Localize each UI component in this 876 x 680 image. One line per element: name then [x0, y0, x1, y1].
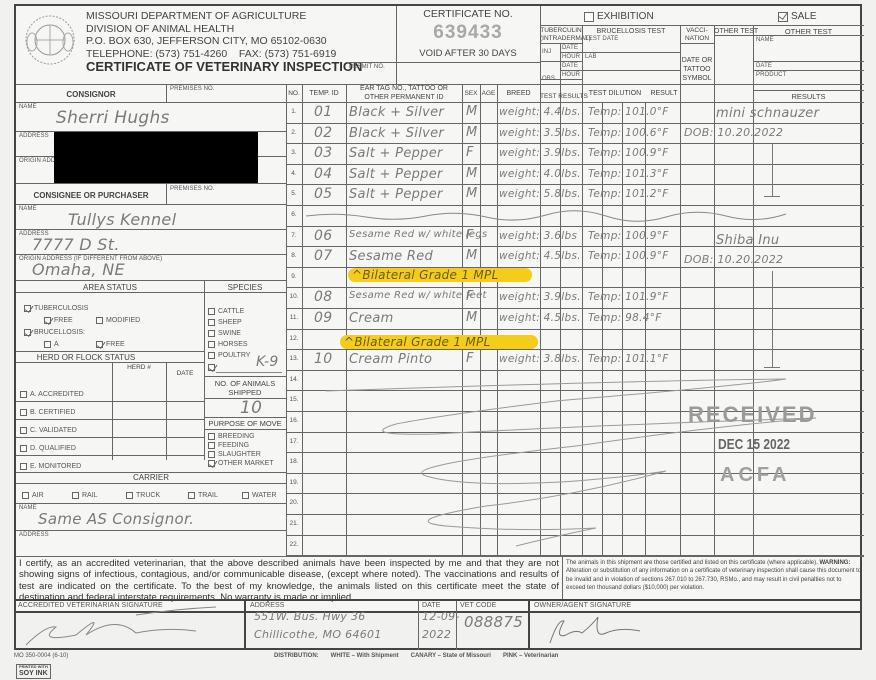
date-line2: 2022 [422, 628, 451, 641]
purpose-feeding[interactable]: FEEDING [208, 442, 249, 449]
row-number: 22. [286, 541, 302, 548]
ot-date-label: DATE [756, 63, 772, 69]
col-sex: SEX [462, 89, 480, 99]
species-horses[interactable]: HORSES [208, 341, 248, 348]
temp-cell: Temp: 100.9°F [588, 250, 669, 262]
row-number: 5. [286, 190, 302, 197]
consignee-name[interactable]: Tullys Kennel [68, 210, 176, 229]
sex-cell: F [466, 351, 474, 366]
agency-line3: P.O. BOX 630, JEFFERSON CITY, MO 65102-0… [86, 35, 362, 48]
temp-cell: Temp: 100.6°F [588, 127, 669, 139]
table-row: 3.03Salt + PepperFweight: 3.9lbs.Temp: 1… [286, 143, 864, 164]
result-label: RESULT [648, 89, 680, 99]
carrier-address-label: ADDRESS [19, 532, 49, 538]
date-line1: 12-09- [422, 610, 460, 623]
ot-name-label: NAME [756, 37, 774, 43]
checked-icon [208, 364, 215, 371]
permit-no-label: PERMIT NO. [349, 64, 385, 70]
row-number: 13. [286, 355, 302, 362]
weight-cell: weight: 3.9lbs. [499, 147, 581, 159]
col-age: AGE [480, 89, 497, 99]
distribution-info: DISTRIBUTION: WHITE – With Shipment CANA… [274, 653, 558, 659]
temp-id-cell: 06 [314, 228, 332, 244]
weight-cell: weight: 4.5lbs. [499, 250, 581, 262]
consignee-origin[interactable]: Omaha, NE [32, 260, 125, 279]
certification-statement: I certify, as an accredited veterinarian… [19, 558, 559, 604]
carrier-name-label: NAME [19, 505, 37, 511]
row-number: 1. [286, 108, 302, 115]
ear-tag-cell: Salt + Pepper [349, 187, 443, 202]
row-number: 19. [286, 479, 302, 486]
brucellosis-checkbox[interactable]: BRUCELLOSIS: [24, 329, 85, 336]
weight-cell: weight: 5.8lbs. [499, 188, 581, 200]
checkbox-icon [208, 319, 215, 326]
carrier-name[interactable]: Same AS Consignor. [38, 510, 194, 528]
ear-tag-cell: Black + Silver [349, 126, 444, 141]
row-number: 18. [286, 458, 302, 465]
ear-tag-cell: Black + Silver [349, 105, 444, 120]
breed-remark-1: mini schnauzer [716, 106, 819, 121]
temp-id-cell: 05 [314, 186, 332, 202]
temp-id-cell: 08 [314, 289, 332, 305]
breed-remark-2: Shiba Inu [716, 233, 779, 248]
test-dilution-label: TEST DILUTION [582, 89, 648, 99]
table-row: 11.09CreamMweight: 4.5lbs.Temp: 98.4°F [286, 308, 864, 329]
owner-signature-label: OWNER/AGENT SIGNATURE [534, 602, 631, 609]
test-results-label: TEST RESULTS [540, 92, 582, 102]
row-number: 4. [286, 170, 302, 177]
sex-cell: M [466, 248, 478, 263]
checkbox-icon [584, 12, 594, 22]
temp-cell: Temp: 101.3°F [588, 168, 669, 180]
checkbox-icon [20, 391, 27, 398]
table-row: 22. [286, 535, 864, 556]
weight-cell: weight: 3.5lbs. [499, 127, 581, 139]
received-stamp: RECEIVED [688, 402, 816, 428]
distribution-pink: PINK – Veterinarian [503, 653, 558, 659]
checkbox-icon [208, 451, 215, 458]
checked-icon [44, 317, 51, 324]
purpose-label: PURPOSE OF MOVE [204, 419, 286, 429]
animals-shipped-value[interactable]: 10 [240, 398, 262, 418]
checkbox-icon [20, 409, 27, 416]
row-number: 6. [286, 211, 302, 218]
consignee-name-label: NAME [19, 206, 37, 212]
distribution-white: WHITE – With Shipment [331, 653, 399, 659]
distribution-label: DISTRIBUTION: [274, 653, 319, 659]
ear-tag-cell: Cream Pinto [349, 352, 432, 367]
form-number: MO 350-0004 (6-10) [14, 653, 68, 659]
dob-remark-2: DOB: 10.20.2022 [684, 253, 783, 266]
inj-hour-label: HOUR [562, 54, 580, 60]
checkbox-icon [20, 463, 27, 470]
bru-free-checkbox[interactable]: FREE [96, 341, 125, 348]
checkbox-icon [208, 352, 215, 359]
tb-modified-checkbox[interactable]: MODIFIED [96, 317, 140, 324]
row-number: 20. [286, 499, 302, 506]
checked-icon [24, 329, 31, 336]
checkbox-icon [208, 330, 215, 337]
dob-remark-1: DOB: 10.20.2022 [684, 126, 783, 139]
ear-tag-cell: Sesame Red [349, 249, 433, 264]
obs-hour-label: HOUR [562, 72, 580, 78]
temp-id-cell: 10 [314, 351, 332, 367]
table-row: 6. [286, 205, 864, 226]
temp-id-cell: 09 [314, 310, 332, 326]
temp-cell: Temp: 101.9°F [588, 291, 669, 303]
checkbox-icon [72, 492, 79, 499]
vet-code-label: VET CODE [460, 602, 496, 609]
col-breed: BREED [497, 89, 540, 99]
consignor-premises-label: PREMISES NO. [170, 86, 215, 92]
temp-id-cell: 01 [314, 104, 332, 120]
sex-cell: F [466, 145, 474, 160]
herd-monitored[interactable]: E. MONITORED [20, 463, 81, 470]
checkbox-icon [126, 492, 133, 499]
row-number: 21. [286, 520, 302, 527]
vet-address-label: ADDRESS [250, 602, 285, 609]
cert-no-label: CERTIFICATE NO. [396, 9, 540, 19]
carrier-water[interactable]: WATER [242, 492, 277, 499]
sex-cell: F [466, 289, 474, 304]
vet-address-line2: Chillicothe, MO 64601 [254, 628, 382, 641]
herd-certified[interactable]: B. CERTIFIED [20, 409, 75, 416]
consignee-address[interactable]: 7777 D St. [32, 235, 120, 254]
agency-line2: DIVISION OF ANIMAL HEALTH [86, 23, 362, 36]
checkbox-icon [208, 308, 215, 315]
checkbox-icon [188, 492, 195, 499]
row-number: 16. [286, 417, 302, 424]
other-test-label: OTHER TEST [753, 27, 864, 37]
table-row: 10.08Sesame Red w/ white feetFweight: 3.… [286, 287, 864, 308]
inj-date-label: DATE [562, 45, 578, 51]
row-number: 3. [286, 149, 302, 156]
missouri-seal-icon [22, 12, 78, 68]
bru-a-checkbox[interactable]: A [44, 341, 59, 348]
checkbox-icon [20, 445, 27, 452]
checkbox-icon [208, 433, 215, 440]
temp-id-cell: 04 [314, 166, 332, 182]
certificate-form: MISSOURI DEPARTMENT OF AGRICULTURE DIVIS… [14, 4, 862, 613]
sex-cell: M [466, 186, 478, 201]
obs-date-label: DATE [562, 63, 578, 69]
sex-cell: M [466, 125, 478, 140]
date-label: DATE [422, 602, 441, 609]
col-no: NO. [286, 89, 302, 99]
inj-label: INJ [542, 49, 551, 55]
species-cattle[interactable]: CATTLE [208, 308, 244, 315]
vet-address-line1: 551W. Bus. Hwy 36 [254, 610, 366, 623]
ditto-line-1 [772, 144, 773, 196]
purpose-other-market[interactable]: OTHER MARKET [208, 460, 274, 467]
checkbox-icon [242, 492, 249, 499]
row-number: 15. [286, 396, 302, 403]
herd-validated[interactable]: C. VALIDATED [20, 427, 77, 434]
exhibition-checkbox[interactable]: EXHIBITION [584, 11, 654, 22]
ear-tag-cell: Cream [349, 311, 394, 326]
row-number: 8. [286, 252, 302, 259]
consignor-name[interactable]: Sherri Hughs [56, 108, 170, 128]
checked-icon [24, 305, 31, 312]
tb-free-checkbox[interactable]: FREE [44, 317, 73, 324]
ear-tag-cell: Salt + Pepper [349, 167, 443, 182]
checkbox-icon [22, 492, 29, 499]
herd-date-label: DATE [166, 369, 204, 379]
carrier-truck[interactable]: TRUCK [126, 492, 160, 499]
tuberculosis-checkbox[interactable]: TUBERCULOSIS [24, 305, 88, 312]
weight-cell: weight: 4.4lbs. [499, 106, 581, 118]
form-title: CERTIFICATE OF VETERINARY INSPECTION [86, 61, 362, 74]
animals-shipped-label: NO. OF ANIMALS SHIPPED [204, 379, 286, 397]
vet-code: 088875 [464, 613, 523, 631]
row-number: 10. [286, 293, 302, 300]
table-row: 21. [286, 514, 864, 535]
col-temp-id: TEMP. ID [302, 89, 346, 99]
checkbox-icon [208, 442, 215, 449]
temp-id-cell: 07 [314, 248, 332, 264]
test-date-label: TEST DATE [585, 36, 618, 42]
soy-ink-logo: PRINTED WITH SOY INK [16, 664, 51, 679]
sex-cell: M [466, 310, 478, 325]
temp-cell: Temp: 100.9°F [588, 230, 669, 242]
carrier-trail[interactable]: TRAIL [188, 492, 218, 499]
species-poultry[interactable]: POULTRY [208, 352, 250, 359]
consignor-name-label: NAME [19, 104, 37, 110]
signature-row: ADDRESS 551W. Bus. Hwy 36 Chillicothe, M… [246, 599, 862, 650]
warning-label: WARNING: [819, 560, 850, 566]
species-other[interactable] [208, 364, 215, 371]
temp-id-cell: 02 [314, 125, 332, 141]
herd-no-label: HERD # [112, 364, 166, 372]
col-ear-tag: EAR TAG NO., TATTOO OR OTHER PERMANENT I… [349, 84, 459, 102]
sex-cell: F [466, 228, 474, 243]
col-vaccination: VACCI- NATION [680, 27, 714, 43]
consignee-label: CONSIGNEE OR PURCHASER [16, 191, 166, 201]
distribution-canary: CANARY – State of Missouri [411, 653, 491, 659]
row-number: 11. [286, 314, 302, 321]
col-tuberculin: TUBERCULIN (INTRADERMAL) [540, 27, 582, 43]
agency-info: MISSOURI DEPARTMENT OF AGRICULTURE DIVIS… [86, 10, 362, 74]
vet-signature-icon [16, 605, 246, 651]
species-other-value[interactable]: K-9 [256, 354, 279, 370]
sale-checkbox[interactable]: SALE [778, 11, 817, 22]
carrier-rail[interactable]: RAIL [72, 492, 98, 499]
temp-id-cell: 03 [314, 145, 332, 161]
note-row-9: ^Bilateral Grade 1 MPL [352, 268, 499, 282]
checkbox-icon [208, 341, 215, 348]
sex-cell: M [466, 104, 478, 119]
redaction-box [54, 132, 258, 183]
row-number: 14. [286, 376, 302, 383]
weight-cell: weight: 4.5lbs. [499, 312, 581, 324]
warning-text: Alteration or substitution of any inform… [566, 568, 861, 591]
consignor-label: CONSIGNOR [16, 90, 166, 100]
weight-cell: weight: 3.6lbs [499, 230, 577, 242]
vet-signature-box[interactable]: ACCREDITED VETERINARIAN SIGNATURE [14, 599, 246, 650]
species-swine[interactable]: SWINE [208, 330, 241, 337]
temp-cell: Temp: 101.1°F [588, 353, 669, 365]
herd-qualified[interactable]: D. QUALIFIED [20, 445, 76, 452]
ot-results-label: RESULTS [753, 92, 864, 102]
note-row-12: ^Bilateral Grade 1 MPL [344, 335, 491, 349]
table-row: 5.05Salt + PepperMweight: 5.8lbs.Temp: 1… [286, 184, 864, 205]
checkbox-icon [96, 317, 103, 324]
table-row: 14. [286, 370, 864, 391]
stamp-dept: ACFA [720, 464, 790, 487]
warning-box: The animals in this shipment are those c… [566, 559, 862, 593]
row-number: 2. [286, 129, 302, 136]
row-number: 12. [286, 335, 302, 342]
checked-icon [778, 12, 788, 22]
checked-icon [208, 460, 215, 467]
checkbox-icon [44, 341, 51, 348]
weight-cell: weight: 3.9lbs. [499, 291, 581, 303]
purpose-slaughter[interactable]: SLAUGHTER [208, 451, 261, 458]
cert-number: 639433 [396, 23, 540, 43]
checked-icon [96, 341, 103, 348]
weight-cell: weight: 3.8lbs. [499, 353, 581, 365]
stamp-date: DEC 15 2022 [718, 436, 790, 453]
owner-signature-icon[interactable] [536, 609, 666, 649]
ear-tag-cell: Salt + Pepper [349, 146, 443, 161]
row-number: 7. [286, 232, 302, 239]
consignor-address-label: ADDRESS [19, 133, 49, 139]
carrier-label: CARRIER [16, 473, 286, 483]
temp-cell: Temp: 101.0°F [588, 106, 669, 118]
void-notice: VOID AFTER 30 DAYS [396, 49, 540, 59]
purpose-breeding[interactable]: BREEDING [208, 433, 255, 440]
agency-line1: MISSOURI DEPARTMENT OF AGRICULTURE [86, 10, 362, 23]
sex-cell: M [466, 166, 478, 181]
notice-text: The animals in this shipment are those c… [566, 560, 818, 566]
temp-cell: Temp: 98.4°F [588, 312, 662, 324]
lab-label: LAB [585, 54, 597, 60]
checkbox-icon [20, 427, 27, 434]
carrier-air[interactable]: AIR [22, 492, 44, 499]
row-number: 9. [286, 273, 302, 280]
consignee-premises-label: PREMISES NO. [170, 186, 215, 192]
table-row: 4.04Salt + PepperMweight: 4.0lbs.Temp: 1… [286, 164, 864, 185]
herd-accredited[interactable]: A. ACCREDITED [20, 391, 84, 398]
date-or-tattoo-label: DATE OR TATTOO SYMBOL [680, 56, 714, 83]
table-row: 20. [286, 493, 864, 514]
temp-cell: Temp: 100.9°F [588, 147, 669, 159]
ot-product-label: PRODUCT [756, 72, 786, 78]
row-number: 17. [286, 438, 302, 445]
weight-cell: weight: 4.0lbs. [499, 168, 581, 180]
ditto-line-2 [772, 271, 773, 367]
species-sheep[interactable]: SHEEP [208, 319, 242, 326]
temp-cell: Temp: 101.2°F [588, 188, 669, 200]
